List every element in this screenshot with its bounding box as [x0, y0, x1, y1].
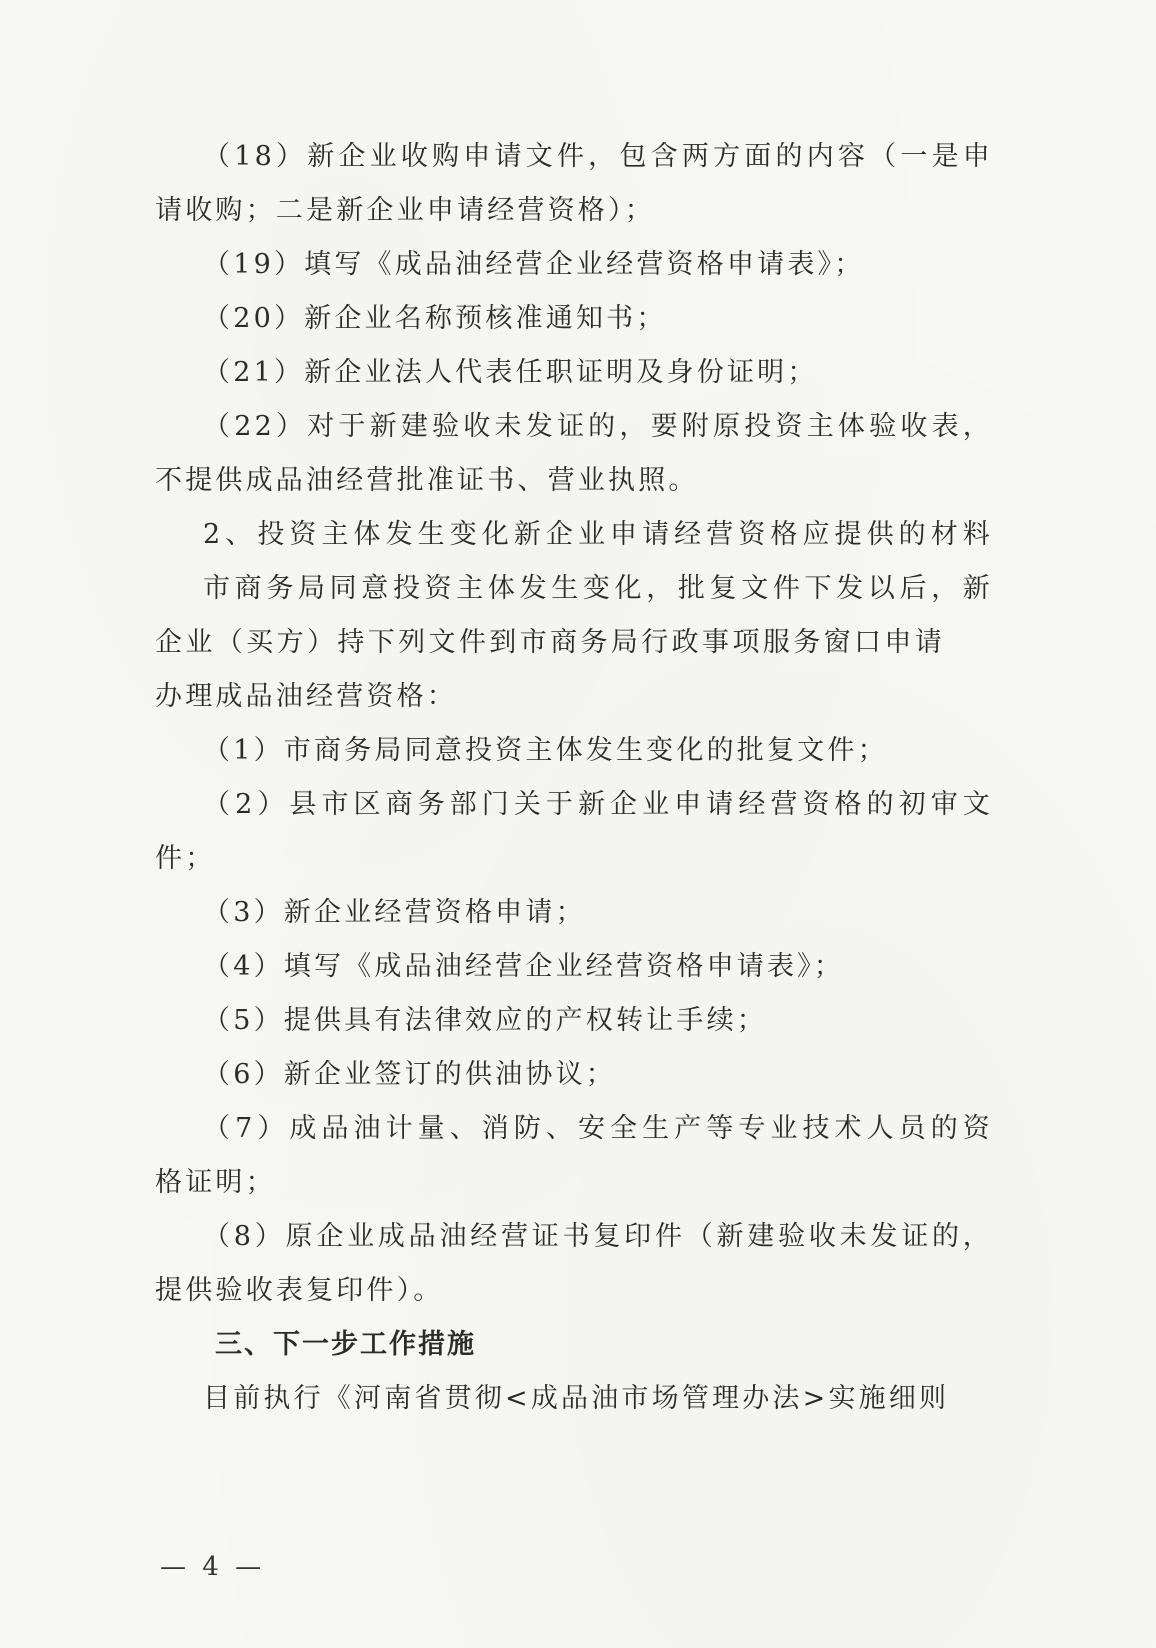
text-line-item-1: （1）市商务局同意投资主体发生变化的批复文件；: [203, 734, 993, 768]
text-line-item-6: （6）新企业签订的供油协议；: [203, 1058, 993, 1092]
text-line-item-20: （20）新企业名称预核准通知书；: [203, 302, 993, 336]
text-line-item-8: （8）原企业成品油经营证书复印件（新建验收未发证的，: [203, 1220, 993, 1254]
text-line-item-2-cont: 件；: [155, 842, 945, 876]
paragraph-line: 企业（买方）持下列文件到市商务局行政事项服务窗口申请: [155, 626, 945, 660]
text-line-item-18: （18）新企业收购申请文件，包含两方面的内容（一是申: [203, 140, 993, 174]
page-number: — 4 —: [160, 1552, 265, 1582]
text-line-item-5: （5）提供具有法律效应的产权转让手续；: [203, 1004, 993, 1038]
paragraph-line: 办理成品油经营资格：: [155, 680, 945, 714]
text-line-item-18-cont: 请收购；二是新企业申请经营资格）；: [155, 194, 945, 228]
document-page: （18）新企业收购申请文件，包含两方面的内容（一是申 请收购；二是新企业申请经营…: [0, 0, 1156, 1648]
text-line-item-7: （7）成品油计量、消防、安全生产等专业技术人员的资: [203, 1112, 993, 1146]
text-line-item-7-cont: 格证明；: [155, 1166, 945, 1200]
text-line-item-19: （19）填写《成品油经营企业经营资格申请表》；: [203, 248, 993, 282]
text-line-item-3: （3）新企业经营资格申请；: [203, 896, 993, 930]
text-line-item-4: （4）填写《成品油经营企业经营资格申请表》；: [203, 950, 993, 984]
paragraph-line: 市商务局同意投资主体发生变化，批复文件下发以后，新: [203, 572, 993, 606]
text-line-item-21: （21）新企业法人代表任职证明及身份证明；: [203, 356, 993, 390]
text-line-item-2: （2）县市区商务部门关于新企业申请经营资格的初审文: [203, 788, 993, 822]
paragraph-line: 目前执行《河南省贯彻<成品油市场管理办法>实施细则: [203, 1382, 933, 1416]
section-heading-3: 三、下一步工作措施: [215, 1328, 1005, 1362]
text-line-item-8-cont: 提供验收表复印件）。: [155, 1274, 945, 1308]
section-subheading-2: 2、投资主体发生变化新企业申请经营资格应提供的材料: [203, 518, 993, 552]
text-line-item-22: （22）对于新建验收未发证的，要附原投资主体验收表，: [203, 410, 993, 444]
text-line-item-22-cont: 不提供成品油经营批准证书、营业执照。: [155, 464, 945, 498]
